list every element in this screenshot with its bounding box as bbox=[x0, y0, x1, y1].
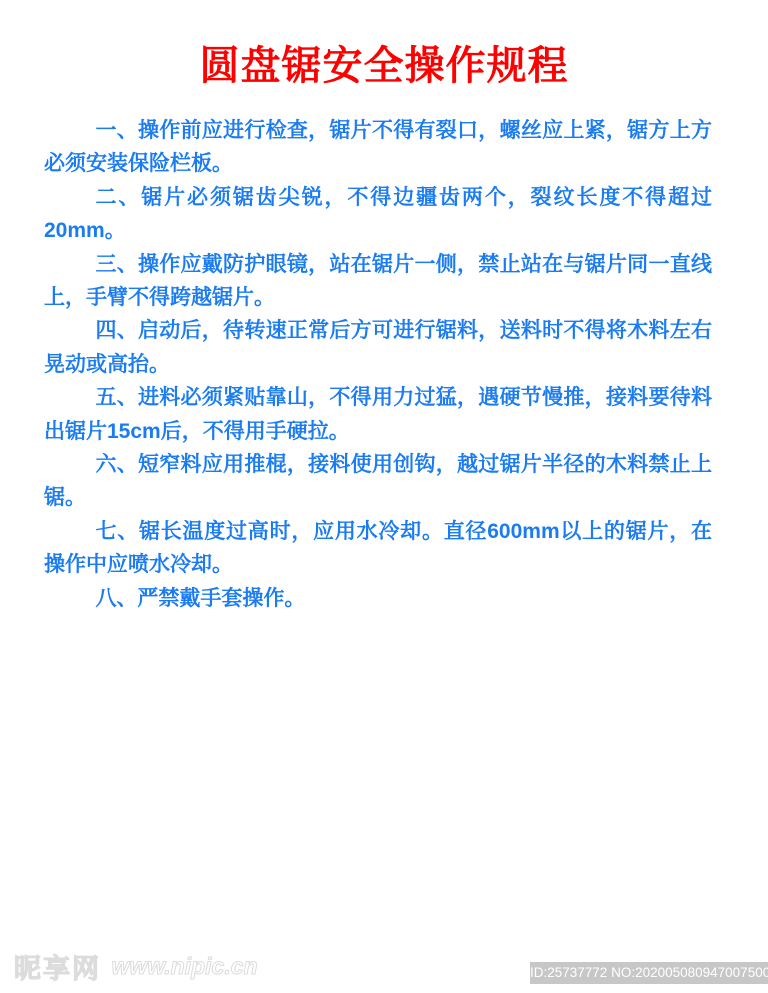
rule-item-7: 七、锯长温度过高时，应用水冷却。直径600mm以上的锯片，在操作中应喷水冷却。 bbox=[44, 515, 712, 582]
rule-item-6: 六、短窄料应用推棍，接料使用创钩，越过锯片半径的木料禁止上锯。 bbox=[44, 448, 712, 515]
rule-item-8: 八、严禁戴手套操作。 bbox=[44, 582, 712, 615]
rule-item-3: 三、操作应戴防护眼镜，站在锯片一侧，禁止站在与锯片同一直线上，手臂不得跨越锯片。 bbox=[44, 248, 712, 315]
safety-procedure-poster: { "poster": { "title": "圆盘锯安全操作规程", "rul… bbox=[0, 0, 768, 993]
rule-item-2: 二、锯片必须锯齿尖锐，不得边疆齿两个，裂纹长度不得超过20mm。 bbox=[44, 181, 712, 248]
site-url-text: www.nipic.cn bbox=[111, 953, 257, 979]
page-title: 圆盘锯安全操作规程 bbox=[0, 0, 768, 90]
rules-list: 一、操作前应进行检查，锯片不得有裂口，螺丝应上紧，锯方上方必须安装保险栏板。 二… bbox=[44, 114, 712, 615]
image-id-badge: ID:25737772 NO:20200508094700750000 bbox=[530, 962, 768, 984]
rule-item-5: 五、进料必须紧贴靠山，不得用力过猛，遇硬节慢推，接料要待料出锯片15cm后，不得… bbox=[44, 381, 712, 448]
site-watermark: 昵享网 www.nipic.cn bbox=[14, 947, 258, 986]
rule-item-4: 四、启动后，待转速正常后方可进行锯料，送料时不得将木料左右晃动或高抬。 bbox=[44, 314, 712, 381]
rule-item-1: 一、操作前应进行检查，锯片不得有裂口，螺丝应上紧，锯方上方必须安装保险栏板。 bbox=[44, 114, 712, 181]
site-logo-text: 昵享网 bbox=[14, 954, 101, 984]
